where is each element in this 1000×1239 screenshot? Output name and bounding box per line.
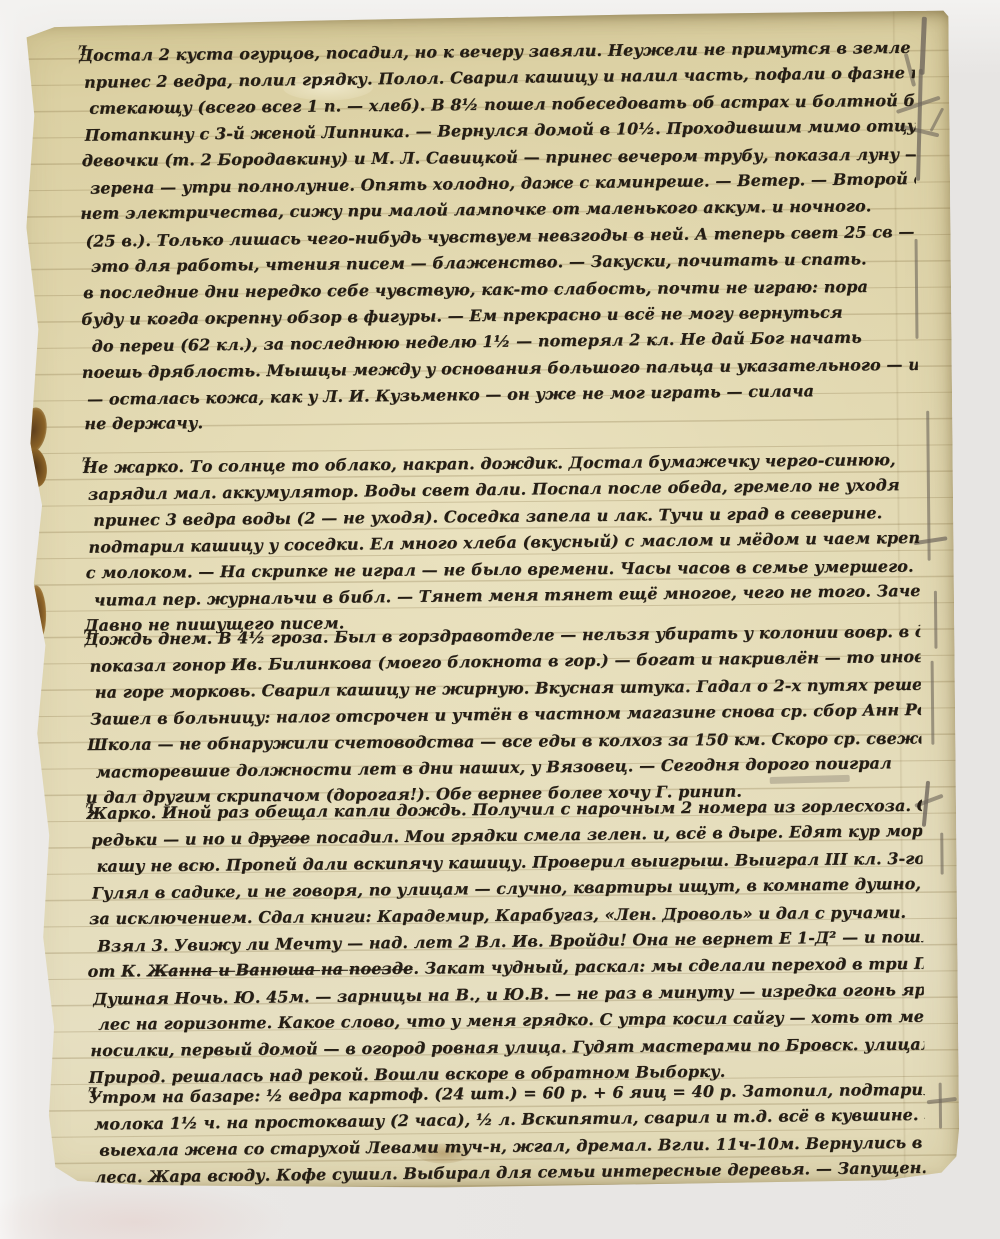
pencil-mark xyxy=(916,69,923,181)
handwritten-text: от К. Ж̶а̶н̶н̶а̶ ̶и̶ ̶В̶а̶н̶ю̶ш̶а̶ ̶н̶а̶… xyxy=(87,953,923,981)
diary-entry-18-vi: 18/VI.Дождь днем. В 4½ гроза. Был в горз… xyxy=(84,619,922,812)
handwritten-text: не держачу. xyxy=(84,414,203,434)
pencil-mark xyxy=(930,107,945,131)
pencil-mark xyxy=(922,781,930,827)
handwritten-line: не держачу. xyxy=(84,405,918,438)
handwritten-text: лес на горизонте. Какое слово, что у мен… xyxy=(98,1006,924,1034)
handwritten-text: это для работы, чтения писем — блаженств… xyxy=(91,249,867,275)
diary-entry-19-vi: 19/VI.Жарко. Иной раз обещал капли дождь… xyxy=(86,793,925,1091)
handwritten-text: Школа — не обнаружили счетоводства — все… xyxy=(87,728,921,754)
handwritten-text: масторевшие должности лет в дни наших, у… xyxy=(96,753,892,781)
damage-spot xyxy=(26,1071,38,1101)
handwritten-text: носилки, первый домой — в огород ровная … xyxy=(90,1032,924,1059)
handwritten-text: с молоком. — На скрипке не играл — не бы… xyxy=(86,556,914,582)
diary-entry-17-vi: 17/VI.Не жарко. То солнце то облако, нак… xyxy=(83,447,921,640)
handwritten-text: девочки (т. 2 Бородавкину) и М. Л. Савиц… xyxy=(82,143,916,169)
handwritten-text: нет электричества, сижу при малой лампоч… xyxy=(80,197,871,224)
date-marker: 16/VI. xyxy=(79,44,92,60)
pencil-cross-mark xyxy=(927,1097,957,1104)
date-marker: 17/VI. xyxy=(83,456,96,472)
damage-spot xyxy=(20,446,50,489)
pencil-mark xyxy=(939,1083,942,1129)
pencil-mark xyxy=(926,411,930,561)
handwritten-text: поешь дряблость. Мышцы между у основания… xyxy=(82,354,918,382)
handwritten-text: за исключением. Сдал книги: Карадемир, К… xyxy=(89,902,906,927)
date-marker: 18/VI. xyxy=(84,628,97,644)
handwritten-text: зарядил мал. аккумулятор. Воды свет дали… xyxy=(88,476,900,504)
handwritten-text: в последние дни нередко себе чувствую, к… xyxy=(83,276,868,301)
handwritten-text: Потапкину с 3-й женой Липника. — Вернулс… xyxy=(84,116,915,145)
pencil-mark xyxy=(940,833,943,875)
diary-entry-20-vi: 20/VI.Утром на базаре: ½ ведра картоф. (… xyxy=(89,1077,926,1191)
handwritten-text: до переи (62 кл.), за последнюю неделю 1… xyxy=(91,328,861,356)
diary-entry-16-vi: 16/VI.Достал 2 куста огурцов, посадил, н… xyxy=(79,35,919,439)
date-marker: 19/VI. xyxy=(86,802,99,818)
handwritten-text: — осталась кожа, как у Л. И. Кузьменко —… xyxy=(87,381,814,409)
scan-background: 16/VI.Достал 2 куста огурцов, посадил, н… xyxy=(0,0,1000,1239)
damage-spot xyxy=(17,406,50,456)
damage-spot xyxy=(15,91,29,117)
date-marker: 20/VI. xyxy=(89,1086,102,1102)
damage-spot xyxy=(26,585,47,643)
handwritten-text: буду и когда окрепну обзор в фигуры. — Е… xyxy=(81,302,843,328)
pencil-mark xyxy=(919,17,926,75)
handwritten-text: принес 3 ведра воды (2 — не уходя). Сосе… xyxy=(93,503,882,530)
pencil-mark xyxy=(934,591,938,649)
pencil-mark xyxy=(931,661,935,745)
diary-page: 16/VI.Достал 2 куста огурцов, посадил, н… xyxy=(14,11,959,1192)
